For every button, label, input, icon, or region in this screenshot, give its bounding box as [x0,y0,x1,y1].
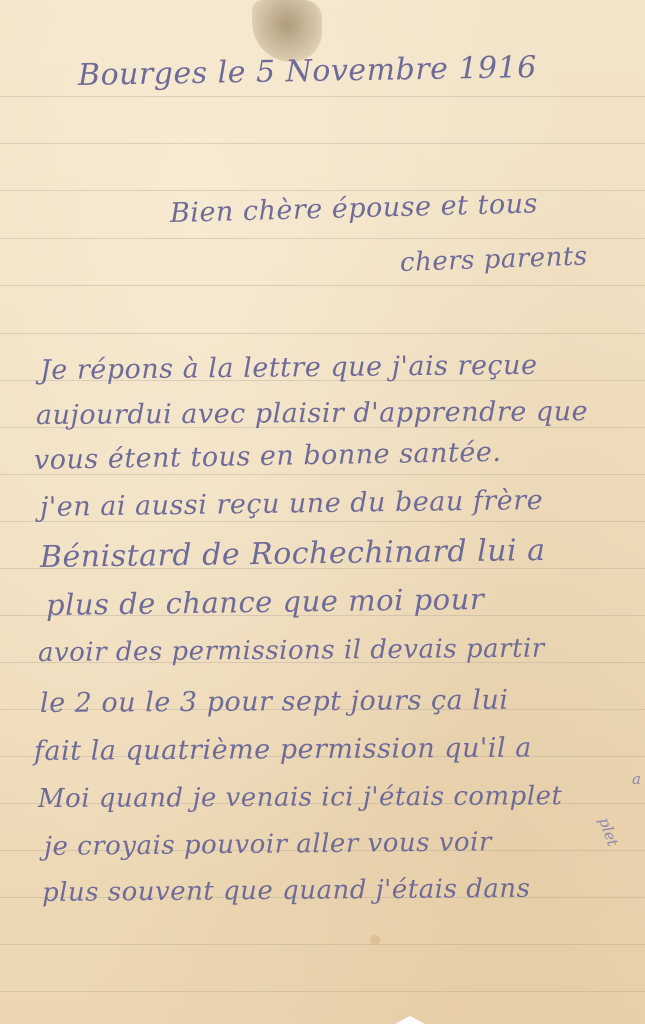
paper-spot [370,935,380,945]
body-line: plus souvent que quand j'étais dans [42,874,531,908]
ruled-line [0,96,645,97]
body-line: j'en ai aussi reçu une du beau frère [40,485,544,523]
body-line: je croyais pouvoir aller vous voir [44,827,492,862]
body-line: aujourdui avec plaisir d'apprendre que [36,396,588,431]
body-line: Je répons à la lettre que j'ais reçue [40,350,538,386]
margin-note: plet [595,815,622,849]
body-line: avoir des permissions il devais partir [38,634,545,668]
body-line: plus de chance que moi pour [46,582,485,622]
salutation-line-2: chers parents [399,241,588,278]
ruled-line [0,991,645,992]
ruled-line [0,143,645,144]
ruled-line [0,285,645,286]
body-line: fait la quatrième permission qu'il a [34,733,532,767]
letter-page: Bourges le 5 Novembre 1916 Bien chère ép… [0,0,645,1024]
body-line: Bénistard de Rochechinard lui a [40,533,546,575]
ruled-line [0,190,645,191]
ruled-line [0,944,645,945]
letter-date: Bourges le 5 Novembre 1916 [78,50,537,93]
body-line: vous étent tous en bonne santée. [34,437,502,476]
ruled-line [0,238,645,239]
body-line: Moi quand je venais ici j'étais complet [38,781,563,814]
ruled-line [0,333,645,334]
paper-stain [252,0,322,62]
salutation-line-1: Bien chère épouse et tous [170,188,539,229]
paper-tear [395,1016,425,1024]
margin-note: a [632,770,641,788]
body-line: le 2 ou le 3 pour sept jours ça lui [40,685,509,719]
